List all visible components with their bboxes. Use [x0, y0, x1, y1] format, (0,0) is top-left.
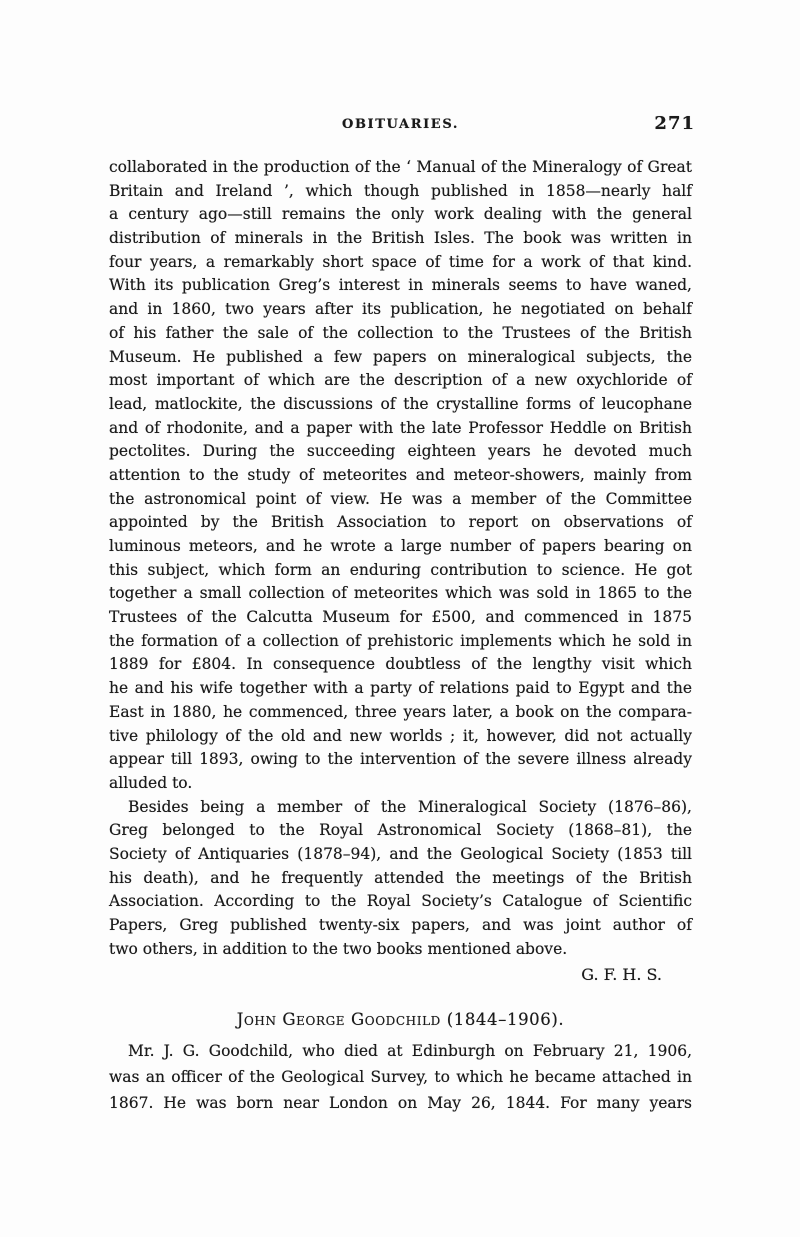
text-line: With its publication Greg’s interest in …	[109, 274, 692, 298]
text-line: Papers, Greg published twenty-six papers…	[109, 914, 692, 938]
text-line: his death), and he frequently attended t…	[109, 867, 692, 891]
text-line: this subject, which form an enduring con…	[109, 559, 692, 583]
text-line: 1889 for £804. In consequence doubtless …	[109, 653, 692, 677]
text-line: Museum. He published a few papers on min…	[109, 346, 692, 370]
text-line: two others, in addition to the two books…	[109, 938, 692, 962]
text-line: 1867. He was born near London on May 26,…	[109, 1090, 692, 1116]
signature-initials: G. F. H. S.	[109, 963, 692, 987]
text-line: of his father the sale of the collection…	[109, 322, 692, 346]
text-line: appointed by the British Association to …	[109, 511, 692, 535]
text-line: Britain and Ireland ’, which though publ…	[109, 180, 692, 204]
scanned-page: OBITUARIES. 271 collaborated in the prod…	[0, 0, 800, 1237]
text-line: East in 1880, he commenced, three years …	[109, 701, 692, 725]
text-line: luminous meteors, and he wrote a large n…	[109, 535, 692, 559]
text-line: lead, matlockite, the discussions of the…	[109, 393, 692, 417]
text-line: most important of which are the descript…	[109, 369, 692, 393]
text-line: the astronomical point of view. He was a…	[109, 488, 692, 512]
text-line: he and his wife together with a party of…	[109, 677, 692, 701]
obituary-heading-goodchild: John George Goodchild (1844–1906).	[109, 1007, 692, 1033]
text-line: pectolites. During the succeeding eighte…	[109, 440, 692, 464]
text-line: the formation of a collection of prehist…	[109, 630, 692, 654]
text-line: collaborated in the production of the ‘ …	[109, 156, 692, 180]
page-header: OBITUARIES. 271	[109, 117, 692, 139]
text-line: and of rhodonite, and a paper with the l…	[109, 417, 692, 441]
running-title: OBITUARIES.	[109, 117, 692, 132]
obituary-text-block: collaborated in the production of the ‘ …	[109, 156, 692, 1116]
text-line: was an officer of the Geological Survey,…	[109, 1064, 692, 1090]
text-line: appear till 1893, owing to the intervent…	[109, 748, 692, 772]
text-line: Trustees of the Calcutta Museum for £500…	[109, 606, 692, 630]
text-line: distribution of minerals in the British …	[109, 227, 692, 251]
text-line: Besides being a member of the Mineralogi…	[109, 796, 692, 820]
page-number: 271	[654, 113, 695, 134]
paragraph-greg-part2: Besides being a member of the Mineralogi…	[109, 796, 692, 962]
text-line: attention to the study of meteorites and…	[109, 464, 692, 488]
text-line: alluded to.	[109, 772, 692, 796]
text-line: together a small collection of meteorite…	[109, 582, 692, 606]
paragraph-greg-part1: collaborated in the production of the ‘ …	[109, 156, 692, 796]
text-line: Association. According to the Royal Soci…	[109, 890, 692, 914]
text-line: a century ago—still remains the only wor…	[109, 203, 692, 227]
text-line: tive philology of the old and new worlds…	[109, 725, 692, 749]
paragraph-goodchild-intro: Mr. J. G. Goodchild, who died at Edinbur…	[109, 1038, 692, 1116]
text-line: and in 1860, two years after its publica…	[109, 298, 692, 322]
text-line: Mr. J. G. Goodchild, who died at Edinbur…	[109, 1038, 692, 1064]
text-line: Society of Antiquaries (1878–94), and th…	[109, 843, 692, 867]
text-line: Greg belonged to the Royal Astronomical …	[109, 819, 692, 843]
text-line: four years, a remarkably short space of …	[109, 251, 692, 275]
